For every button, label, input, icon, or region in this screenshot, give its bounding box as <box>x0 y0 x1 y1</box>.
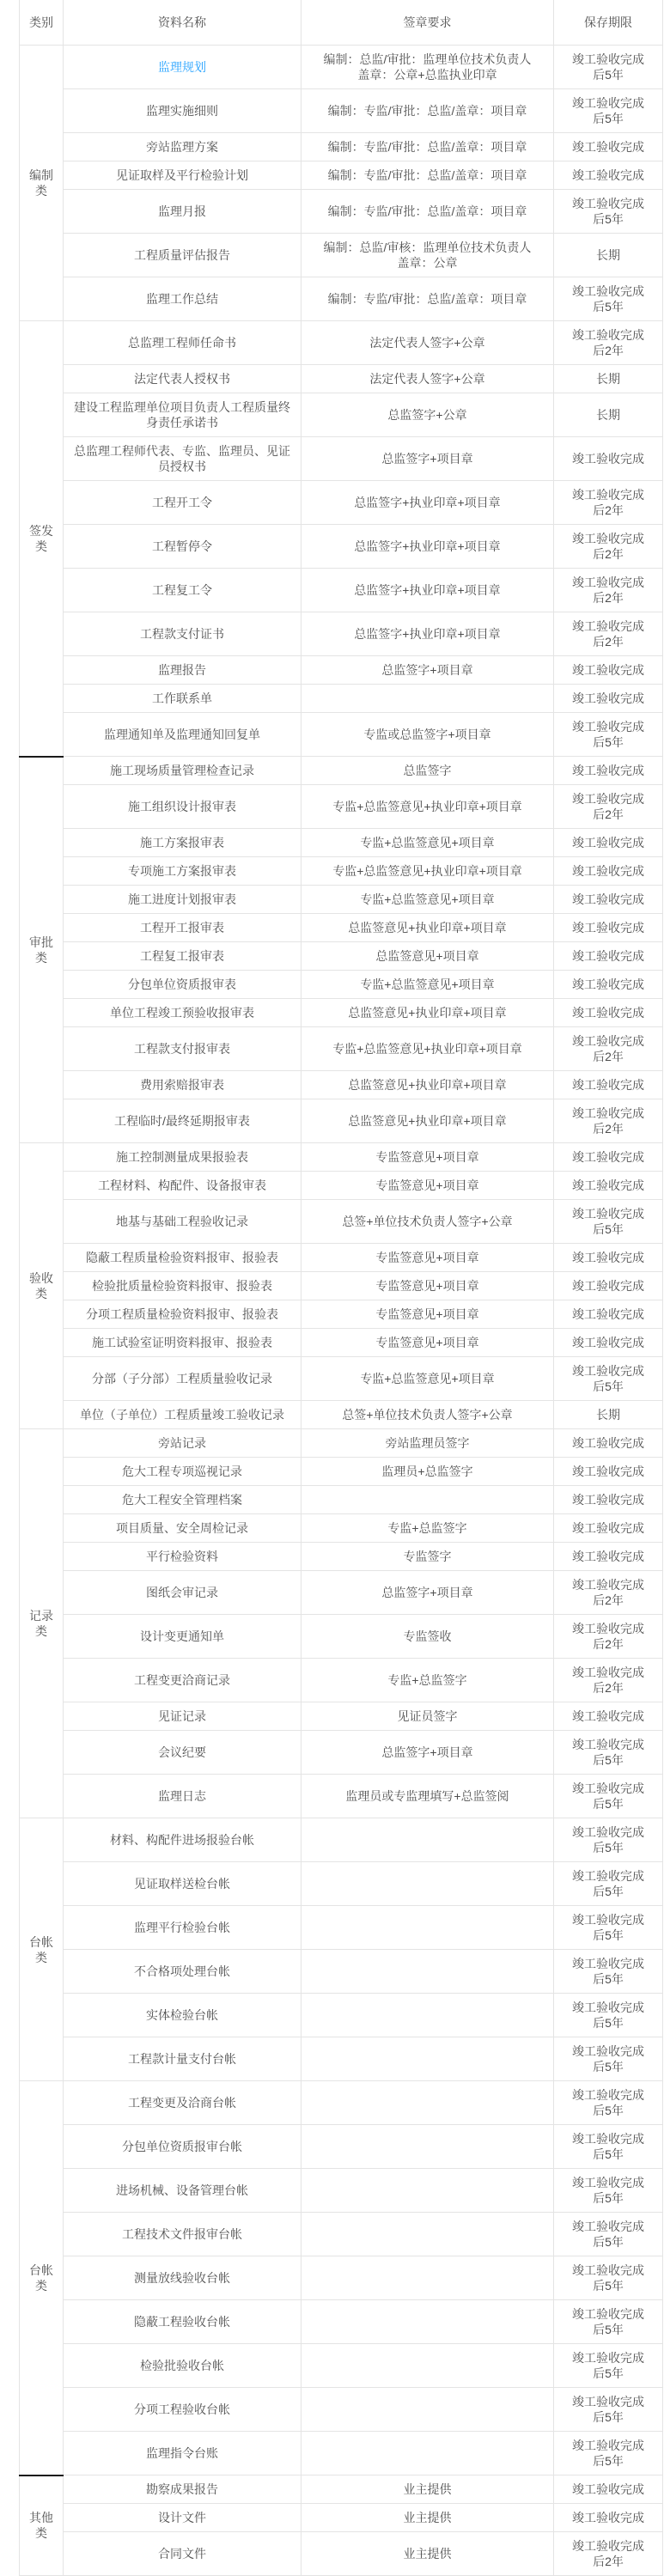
retention-cell: 竣工验收完成后5年 <box>554 2037 663 2081</box>
table-row: 台帐类材料、构配件进场报验台帐竣工验收完成后5年 <box>20 1818 663 1862</box>
table-row: 审批类施工现场质量管理检查记录总监签字竣工验收完成 <box>20 757 663 785</box>
retention-cell: 竣工验收完成 <box>554 1514 663 1543</box>
retention-cell: 竣工验收完成后5年 <box>554 277 663 321</box>
sign-req-cell <box>302 2388 554 2432</box>
table-row: 工程复工令总监签字+执业印章+项目章竣工验收完成后2年 <box>20 569 663 612</box>
retention-cell: 竣工验收完成后5年 <box>554 2213 663 2256</box>
sign-req-cell: 编制：专监/审批：总监/盖章：项目章 <box>302 89 554 133</box>
doc-name-cell: 分项工程质量检验资料报审、报验表 <box>64 1300 302 1329</box>
sign-req-cell: 专监签意见+项目章 <box>302 1272 554 1300</box>
table-row: 工程临时/最终延期报审表总监签意见+执业印章+项目章竣工验收完成后2年 <box>20 1099 663 1143</box>
header-doc-name: 资料名称 <box>64 0 302 46</box>
doc-name-cell: 工程开工报审表 <box>64 914 302 942</box>
sign-req-cell: 法定代表人签字+公章 <box>302 321 554 365</box>
retention-cell: 竣工验收完成后5年 <box>554 190 663 234</box>
sign-req-cell: 专监签意见+项目章 <box>302 1172 554 1200</box>
retention-cell: 竣工验收完成后5年 <box>554 2300 663 2344</box>
retention-cell: 竣工验收完成后2年 <box>554 785 663 829</box>
table-row: 费用索赔报审表总监签意见+执业印章+项目章竣工验收完成 <box>20 1071 663 1099</box>
sign-req-cell: 编制：专监/审批：总监/盖章：项目章 <box>302 190 554 234</box>
table-row: 工程复工报审表总监签意见+项目章竣工验收完成 <box>20 942 663 971</box>
table-row: 项目质量、安全周检记录专监+总监签字竣工验收完成 <box>20 1514 663 1543</box>
doc-table-body: 编制类监理规划编制：总监/审批：监理单位技术负责人 盖章：公章+总监执业印章竣工… <box>20 46 663 2576</box>
sign-req-cell <box>302 1994 554 2037</box>
retention-cell: 竣工验收完成后2年 <box>554 1099 663 1143</box>
retention-cell: 竣工验收完成 <box>554 857 663 886</box>
table-row: 地基与基础工程验收记录总签+单位技术负责人签字+公章竣工验收完成后5年 <box>20 1200 663 1244</box>
table-row: 台帐类工程变更及洽商台帐竣工验收完成后5年 <box>20 2081 663 2125</box>
table-row: 工程变更洽商记录专监+总监签字竣工验收完成后2年 <box>20 1659 663 1702</box>
table-row: 验收类施工控制测量成果报验表专监签意见+项目章竣工验收完成 <box>20 1143 663 1172</box>
table-header-row: 类别 资料名称 签章要求 保存期限 <box>20 0 663 46</box>
table-row: 施工进度计划报审表专监+总监签意见+项目章竣工验收完成 <box>20 886 663 914</box>
sign-req-cell <box>302 1950 554 1994</box>
table-row: 签发类总监理工程师任命书法定代表人签字+公章竣工验收完成后2年 <box>20 321 663 365</box>
sign-req-cell: 专监+总监签意见+执业印章+项目章 <box>302 785 554 829</box>
sign-req-cell: 总监签字+执业印章+项目章 <box>302 612 554 656</box>
retention-cell: 长期 <box>554 1401 663 1429</box>
sign-req-cell: 业主提供 <box>302 2532 554 2576</box>
header-category: 类别 <box>20 0 64 46</box>
doc-name-cell: 危大工程专项巡视记录 <box>64 1458 302 1486</box>
sign-req-cell: 专监+总监签意见+执业印章+项目章 <box>302 1027 554 1071</box>
sign-req-cell: 法定代表人签字+公章 <box>302 365 554 393</box>
table-row: 设计变更通知单专监签收竣工验收完成后2年 <box>20 1615 663 1659</box>
sign-req-cell: 专监+总监签意见+项目章 <box>302 886 554 914</box>
doc-name-cell: 分包单位资质报审台帐 <box>64 2125 302 2169</box>
sign-req-cell: 见证员签字 <box>302 1702 554 1731</box>
doc-name-cell: 总监理工程师任命书 <box>64 321 302 365</box>
retention-cell: 竣工验收完成后5年 <box>554 2388 663 2432</box>
doc-name-cell: 建设工程监理单位项目负责人工程质量终身责任承诺书 <box>64 393 302 437</box>
sign-req-cell: 专监+总监签字 <box>302 1514 554 1543</box>
sign-req-cell: 总监签意见+执业印章+项目章 <box>302 1071 554 1099</box>
doc-name-cell: 隐蔽工程质量检验资料报审、报验表 <box>64 1244 302 1272</box>
retention-cell: 竣工验收完成后5年 <box>554 1731 663 1775</box>
retention-cell: 竣工验收完成后5年 <box>554 2256 663 2300</box>
sign-req-cell: 总监签意见+项目章 <box>302 942 554 971</box>
doc-name-cell: 旁站监理方案 <box>64 133 302 161</box>
category-cell: 台帐类 <box>20 2081 64 2476</box>
sign-req-cell: 专监签意见+项目章 <box>302 1329 554 1357</box>
doc-name-cell: 设计文件 <box>64 2504 302 2532</box>
sign-req-cell: 编制：专监/审批：总监/盖章：项目章 <box>302 133 554 161</box>
table-row: 见证取样送检台帐竣工验收完成后5年 <box>20 1862 663 1906</box>
doc-name-cell: 监理指令台账 <box>64 2432 302 2476</box>
supervision-docs-table: 类别 资料名称 签章要求 保存期限 编制类监理规划编制：总监/审批：监理单位技术… <box>19 0 663 2576</box>
doc-name-cell: 工程变更洽商记录 <box>64 1659 302 1702</box>
doc-name-cell: 检验批验收台帐 <box>64 2344 302 2388</box>
table-row: 工作联系单竣工验收完成 <box>20 685 663 713</box>
category-cell: 签发类 <box>20 321 64 757</box>
doc-name-cell: 工程开工令 <box>64 481 302 525</box>
doc-name-cell: 分项工程验收台帐 <box>64 2388 302 2432</box>
sign-req-cell <box>302 1486 554 1514</box>
retention-cell: 竣工验收完成 <box>554 685 663 713</box>
doc-name-cell: 材料、构配件进场报验台帐 <box>64 1818 302 1862</box>
retention-cell: 竣工验收完成 <box>554 1172 663 1200</box>
retention-cell: 竣工验收完成后5年 <box>554 1906 663 1950</box>
retention-cell: 竣工验收完成后5年 <box>554 713 663 757</box>
retention-cell: 竣工验收完成 <box>554 1244 663 1272</box>
retention-cell: 竣工验收完成后2年 <box>554 525 663 569</box>
category-cell: 编制类 <box>20 46 64 321</box>
sign-req-cell: 总监签意见+执业印章+项目章 <box>302 999 554 1027</box>
doc-name-cell: 见证取样送检台帐 <box>64 1862 302 1906</box>
table-row: 设计文件业主提供竣工验收完成 <box>20 2504 663 2532</box>
retention-cell: 竣工验收完成 <box>554 971 663 999</box>
sign-req-cell <box>302 2213 554 2256</box>
sign-req-cell: 总监签意见+执业印章+项目章 <box>302 1099 554 1143</box>
sign-req-cell: 专监签收 <box>302 1615 554 1659</box>
table-row: 编制类监理规划编制：总监/审批：监理单位技术负责人 盖章：公章+总监执业印章竣工… <box>20 46 663 89</box>
retention-cell: 竣工验收完成后2年 <box>554 612 663 656</box>
retention-cell: 竣工验收完成后2年 <box>554 481 663 525</box>
table-row: 见证取样及平行检验计划编制：专监/审批：总监/盖章：项目章竣工验收完成 <box>20 161 663 190</box>
table-row: 单位（子单位）工程质量竣工验收记录总签+单位技术负责人签字+公章长期 <box>20 1401 663 1429</box>
table-row: 图纸会审记录总监签字+项目章竣工验收完成后2年 <box>20 1571 663 1615</box>
sign-req-cell: 专监+总监签意见+项目章 <box>302 829 554 857</box>
sign-req-cell <box>302 2344 554 2388</box>
doc-name-cell: 危大工程安全管理档案 <box>64 1486 302 1514</box>
retention-cell: 竣工验收完成后2年 <box>554 1027 663 1071</box>
retention-cell: 竣工验收完成后5年 <box>554 1950 663 1994</box>
sign-req-cell: 编制：专监/审批：总监/盖章：项目章 <box>302 277 554 321</box>
doc-name-cell: 监理月报 <box>64 190 302 234</box>
sign-req-cell: 业主提供 <box>302 2476 554 2504</box>
retention-cell: 竣工验收完成后5年 <box>554 2169 663 2213</box>
retention-cell: 竣工验收完成 <box>554 829 663 857</box>
table-row: 不合格项处理台帐竣工验收完成后5年 <box>20 1950 663 1994</box>
table-row: 监理工作总结编制：专监/审批：总监/盖章：项目章竣工验收完成后5年 <box>20 277 663 321</box>
doc-name-cell: 监理日志 <box>64 1775 302 1818</box>
sign-req-cell: 总监签字+项目章 <box>302 1571 554 1615</box>
sign-req-cell <box>302 2169 554 2213</box>
retention-cell: 长期 <box>554 234 663 277</box>
table-row: 隐蔽工程质量检验资料报审、报验表专监签意见+项目章竣工验收完成 <box>20 1244 663 1272</box>
sign-req-cell: 专监签意见+项目章 <box>302 1300 554 1329</box>
doc-name-cell: 总监理工程师代表、专监、监理员、见证员授权书 <box>64 437 302 481</box>
table-row: 测量放线验收台帐竣工验收完成后5年 <box>20 2256 663 2300</box>
retention-cell: 竣工验收完成后2年 <box>554 1571 663 1615</box>
table-row: 旁站监理方案编制：专监/审批：总监/盖章：项目章竣工验收完成 <box>20 133 663 161</box>
table-row: 监理通知单及监理通知回复单专监或总监签字+项目章竣工验收完成后5年 <box>20 713 663 757</box>
sign-req-cell: 专监或总监签字+项目章 <box>302 713 554 757</box>
table-row: 其他类勘察成果报告业主提供竣工验收完成 <box>20 2476 663 2504</box>
table-row: 分部（子分部）工程质量验收记录专监+总监签意见+项目章竣工验收完成后5年 <box>20 1357 663 1401</box>
doc-name-cell: 合同文件 <box>64 2532 302 2576</box>
table-row: 实体检验台帐竣工验收完成后5年 <box>20 1994 663 2037</box>
retention-cell: 竣工验收完成 <box>554 656 663 685</box>
doc-name-cell: 项目质量、安全周检记录 <box>64 1514 302 1543</box>
sign-req-cell: 旁站监理员签字 <box>302 1429 554 1458</box>
table-row: 分项工程验收台帐竣工验收完成后5年 <box>20 2388 663 2432</box>
category-cell: 其他类 <box>20 2476 64 2576</box>
retention-cell: 竣工验收完成后5年 <box>554 1862 663 1906</box>
table-row: 见证记录见证员签字竣工验收完成 <box>20 1702 663 1731</box>
header-sign-req: 签章要求 <box>302 0 554 46</box>
table-row: 工程款计量支付台帐竣工验收完成后5年 <box>20 2037 663 2081</box>
doc-name-cell: 工程变更及洽商台帐 <box>64 2081 302 2125</box>
retention-cell: 竣工验收完成 <box>554 886 663 914</box>
doc-name-cell: 旁站记录 <box>64 1429 302 1458</box>
doc-name-cell: 施工试验室证明资料报审、报验表 <box>64 1329 302 1357</box>
retention-cell: 竣工验收完成 <box>554 914 663 942</box>
table-row: 危大工程安全管理档案竣工验收完成 <box>20 1486 663 1514</box>
doc-name-cell: 检验批质量检验资料报审、报验表 <box>64 1272 302 1300</box>
retention-cell: 竣工验收完成 <box>554 437 663 481</box>
sign-req-cell: 编制：总监/审批：监理单位技术负责人 盖章：公章+总监执业印章 <box>302 46 554 89</box>
sign-req-cell <box>302 2256 554 2300</box>
retention-cell: 竣工验收完成 <box>554 1143 663 1172</box>
table-row: 分包单位资质报审表专监+总监签意见+项目章竣工验收完成 <box>20 971 663 999</box>
table-row: 危大工程专项巡视记录监理员+总监签字竣工验收完成 <box>20 1458 663 1486</box>
doc-name-cell: 工程技术文件报审台帐 <box>64 2213 302 2256</box>
doc-name-cell: 分部（子分部）工程质量验收记录 <box>64 1357 302 1401</box>
doc-name-cell: 实体检验台帐 <box>64 1994 302 2037</box>
retention-cell: 竣工验收完成后5年 <box>554 1818 663 1862</box>
retention-cell: 竣工验收完成后5年 <box>554 1994 663 2037</box>
table-row: 法定代表人授权书法定代表人签字+公章长期 <box>20 365 663 393</box>
doc-name-cell: 隐蔽工程验收台帐 <box>64 2300 302 2344</box>
table-row: 会议纪要总监签字+项目章竣工验收完成后5年 <box>20 1731 663 1775</box>
sign-req-cell: 总监签意见+执业印章+项目章 <box>302 914 554 942</box>
retention-cell: 竣工验收完成后5年 <box>554 2125 663 2169</box>
doc-name-cell: 监理规划 <box>64 46 302 89</box>
doc-name-cell: 进场机械、设备管理台帐 <box>64 2169 302 2213</box>
retention-cell: 竣工验收完成 <box>554 1543 663 1571</box>
sign-req-cell <box>302 2081 554 2125</box>
doc-name-cell: 工程暂停令 <box>64 525 302 569</box>
sign-req-cell <box>302 1818 554 1862</box>
retention-cell: 竣工验收完成 <box>554 1300 663 1329</box>
doc-name-cell: 单位工程竣工预验收报审表 <box>64 999 302 1027</box>
doc-name-cell: 工程质量评估报告 <box>64 234 302 277</box>
retention-cell: 竣工验收完成 <box>554 1329 663 1357</box>
table-row: 平行检验资料专监签字竣工验收完成 <box>20 1543 663 1571</box>
retention-cell: 竣工验收完成后2年 <box>554 321 663 365</box>
doc-name-cell: 会议纪要 <box>64 1731 302 1775</box>
retention-cell: 竣工验收完成 <box>554 2476 663 2504</box>
table-row: 监理报告总监签字+项目章竣工验收完成 <box>20 656 663 685</box>
retention-cell: 竣工验收完成 <box>554 1071 663 1099</box>
table-row: 分项工程质量检验资料报审、报验表专监签意见+项目章竣工验收完成 <box>20 1300 663 1329</box>
retention-cell: 竣工验收完成 <box>554 757 663 785</box>
doc-name-cell: 平行检验资料 <box>64 1543 302 1571</box>
doc-name-cell: 见证记录 <box>64 1702 302 1731</box>
table-row: 分包单位资质报审台帐竣工验收完成后5年 <box>20 2125 663 2169</box>
sign-req-cell: 专监+总监签字 <box>302 1659 554 1702</box>
table-row: 监理日志监理员或专监理填写+总监签阅竣工验收完成后5年 <box>20 1775 663 1818</box>
doc-name-cell: 施工方案报审表 <box>64 829 302 857</box>
sign-req-cell: 总监签字+项目章 <box>302 656 554 685</box>
retention-cell: 竣工验收完成 <box>554 133 663 161</box>
doc-name-cell: 分包单位资质报审表 <box>64 971 302 999</box>
sign-req-cell: 专监+总监签意见+项目章 <box>302 1357 554 1401</box>
category-cell: 验收类 <box>20 1143 64 1429</box>
retention-cell: 竣工验收完成 <box>554 999 663 1027</box>
page: 类别 资料名称 签章要求 保存期限 编制类监理规划编制：总监/审批：监理单位技术… <box>0 0 664 2576</box>
retention-cell: 竣工验收完成后5年 <box>554 89 663 133</box>
table-row: 检验批质量检验资料报审、报验表专监签意见+项目章竣工验收完成 <box>20 1272 663 1300</box>
doc-name-cell: 工程复工报审表 <box>64 942 302 971</box>
table-row: 监理指令台账竣工验收完成后5年 <box>20 2432 663 2476</box>
retention-cell: 竣工验收完成 <box>554 1486 663 1514</box>
sign-req-cell: 专监+总监签意见+执业印章+项目章 <box>302 857 554 886</box>
doc-name-cell: 地基与基础工程验收记录 <box>64 1200 302 1244</box>
sign-req-cell: 总监签字 <box>302 757 554 785</box>
doc-name-cell: 工程款计量支付台帐 <box>64 2037 302 2081</box>
sign-req-cell: 专监签字 <box>302 1543 554 1571</box>
doc-name-cell: 监理工作总结 <box>64 277 302 321</box>
table-row: 监理平行检验台帐竣工验收完成后5年 <box>20 1906 663 1950</box>
doc-name-cell: 勘察成果报告 <box>64 2476 302 2504</box>
sign-req-cell: 总监签字+执业印章+项目章 <box>302 569 554 612</box>
sign-req-cell: 专监+总监签意见+项目章 <box>302 971 554 999</box>
doc-name-cell: 施工进度计划报审表 <box>64 886 302 914</box>
doc-name-cell: 施工控制测量成果报验表 <box>64 1143 302 1172</box>
retention-cell: 竣工验收完成 <box>554 1429 663 1458</box>
sign-req-cell: 监理员或专监理填写+总监签阅 <box>302 1775 554 1818</box>
retention-cell: 竣工验收完成 <box>554 2504 663 2532</box>
sign-req-cell: 总监签字+公章 <box>302 393 554 437</box>
doc-name-cell: 工程临时/最终延期报审表 <box>64 1099 302 1143</box>
sign-req-cell: 专监签意见+项目章 <box>302 1244 554 1272</box>
doc-name-cell: 施工组织设计报审表 <box>64 785 302 829</box>
sign-req-cell <box>302 2125 554 2169</box>
doc-name-cell: 法定代表人授权书 <box>64 365 302 393</box>
sign-req-cell: 编制：总监/审核：监理单位技术负责人 盖章：公章 <box>302 234 554 277</box>
retention-cell: 竣工验收完成 <box>554 161 663 190</box>
retention-cell: 竣工验收完成 <box>554 1458 663 1486</box>
table-row: 施工组织设计报审表专监+总监签意见+执业印章+项目章竣工验收完成后2年 <box>20 785 663 829</box>
sign-req-cell: 监理员+总监签字 <box>302 1458 554 1486</box>
category-cell: 台帐类 <box>20 1818 64 2081</box>
doc-name-cell: 监理报告 <box>64 656 302 685</box>
table-row: 合同文件业主提供竣工验收完成后2年 <box>20 2532 663 2576</box>
table-row: 监理实施细则编制：专监/审批：总监/盖章：项目章竣工验收完成后5年 <box>20 89 663 133</box>
sign-req-cell: 总监签字+执业印章+项目章 <box>302 525 554 569</box>
sign-req-cell <box>302 2300 554 2344</box>
retention-cell: 竣工验收完成后2年 <box>554 569 663 612</box>
retention-cell: 竣工验收完成后5年 <box>554 46 663 89</box>
table-row: 工程技术文件报审台帐竣工验收完成后5年 <box>20 2213 663 2256</box>
doc-name-cell: 单位（子单位）工程质量竣工验收记录 <box>64 1401 302 1429</box>
doc-name-cell: 施工现场质量管理检查记录 <box>64 757 302 785</box>
table-row: 总监理工程师代表、专监、监理员、见证员授权书总监签字+项目章竣工验收完成 <box>20 437 663 481</box>
retention-cell: 竣工验收完成后2年 <box>554 1615 663 1659</box>
doc-link[interactable]: 监理规划 <box>158 60 206 74</box>
doc-name-cell: 工程材料、构配件、设备报审表 <box>64 1172 302 1200</box>
doc-name-cell: 工作联系单 <box>64 685 302 713</box>
sign-req-cell <box>302 1906 554 1950</box>
retention-cell: 竣工验收完成后5年 <box>554 2432 663 2476</box>
retention-cell: 竣工验收完成后5年 <box>554 1200 663 1244</box>
table-row: 隐蔽工程验收台帐竣工验收完成后5年 <box>20 2300 663 2344</box>
doc-name-cell: 设计变更通知单 <box>64 1615 302 1659</box>
table-row: 专项施工方案报审表专监+总监签意见+执业印章+项目章竣工验收完成 <box>20 857 663 886</box>
sign-req-cell <box>302 2432 554 2476</box>
retention-cell: 竣工验收完成后5年 <box>554 1357 663 1401</box>
doc-name-cell: 见证取样及平行检验计划 <box>64 161 302 190</box>
retention-cell: 竣工验收完成 <box>554 1702 663 1731</box>
retention-cell: 竣工验收完成 <box>554 942 663 971</box>
sign-req-cell: 专监签意见+项目章 <box>302 1143 554 1172</box>
sign-req-cell: 总签+单位技术负责人签字+公章 <box>302 1200 554 1244</box>
table-row: 工程开工令总监签字+执业印章+项目章竣工验收完成后2年 <box>20 481 663 525</box>
table-row: 施工试验室证明资料报审、报验表专监签意见+项目章竣工验收完成 <box>20 1329 663 1357</box>
header-retention: 保存期限 <box>554 0 663 46</box>
category-cell: 审批类 <box>20 757 64 1143</box>
sign-req-cell: 总监签字+项目章 <box>302 437 554 481</box>
table-row: 工程款支付报审表专监+总监签意见+执业印章+项目章竣工验收完成后2年 <box>20 1027 663 1071</box>
table-row: 监理月报编制：专监/审批：总监/盖章：项目章竣工验收完成后5年 <box>20 190 663 234</box>
retention-cell: 竣工验收完成后5年 <box>554 1775 663 1818</box>
retention-cell: 长期 <box>554 365 663 393</box>
table-row: 工程质量评估报告编制：总监/审核：监理单位技术负责人 盖章：公章长期 <box>20 234 663 277</box>
doc-name-cell: 不合格项处理台帐 <box>64 1950 302 1994</box>
table-row: 进场机械、设备管理台帐竣工验收完成后5年 <box>20 2169 663 2213</box>
table-row: 工程开工报审表总监签意见+执业印章+项目章竣工验收完成 <box>20 914 663 942</box>
sign-req-cell: 总监签字+项目章 <box>302 1731 554 1775</box>
table-row: 记录类旁站记录旁站监理员签字竣工验收完成 <box>20 1429 663 1458</box>
doc-name-cell: 工程款支付证书 <box>64 612 302 656</box>
sign-req-cell: 总监签字+执业印章+项目章 <box>302 481 554 525</box>
table-row: 工程暂停令总监签字+执业印章+项目章竣工验收完成后2年 <box>20 525 663 569</box>
table-row: 单位工程竣工预验收报审表总监签意见+执业印章+项目章竣工验收完成 <box>20 999 663 1027</box>
sign-req-cell: 编制：专监/审批：总监/盖章：项目章 <box>302 161 554 190</box>
table-row: 工程款支付证书总监签字+执业印章+项目章竣工验收完成后2年 <box>20 612 663 656</box>
doc-name-cell: 工程复工令 <box>64 569 302 612</box>
category-cell: 记录类 <box>20 1429 64 1818</box>
doc-name-cell: 专项施工方案报审表 <box>64 857 302 886</box>
sign-req-cell <box>302 1862 554 1906</box>
retention-cell: 竣工验收完成后2年 <box>554 2532 663 2576</box>
sign-req-cell: 业主提供 <box>302 2504 554 2532</box>
doc-name-cell: 监理平行检验台帐 <box>64 1906 302 1950</box>
table-row: 工程材料、构配件、设备报审表专监签意见+项目章竣工验收完成 <box>20 1172 663 1200</box>
sign-req-cell <box>302 685 554 713</box>
doc-name-cell: 监理通知单及监理通知回复单 <box>64 713 302 757</box>
retention-cell: 竣工验收完成后5年 <box>554 2344 663 2388</box>
table-row: 建设工程监理单位项目负责人工程质量终身责任承诺书总监签字+公章长期 <box>20 393 663 437</box>
doc-name-cell: 监理实施细则 <box>64 89 302 133</box>
doc-name-cell: 测量放线验收台帐 <box>64 2256 302 2300</box>
retention-cell: 竣工验收完成后5年 <box>554 2081 663 2125</box>
table-row: 施工方案报审表专监+总监签意见+项目章竣工验收完成 <box>20 829 663 857</box>
sign-req-cell <box>302 2037 554 2081</box>
sign-req-cell: 总签+单位技术负责人签字+公章 <box>302 1401 554 1429</box>
doc-name-cell: 工程款支付报审表 <box>64 1027 302 1071</box>
retention-cell: 竣工验收完成后2年 <box>554 1659 663 1702</box>
doc-name-cell: 费用索赔报审表 <box>64 1071 302 1099</box>
doc-name-cell: 图纸会审记录 <box>64 1571 302 1615</box>
retention-cell: 竣工验收完成 <box>554 1272 663 1300</box>
retention-cell: 长期 <box>554 393 663 437</box>
table-row: 检验批验收台帐竣工验收完成后5年 <box>20 2344 663 2388</box>
